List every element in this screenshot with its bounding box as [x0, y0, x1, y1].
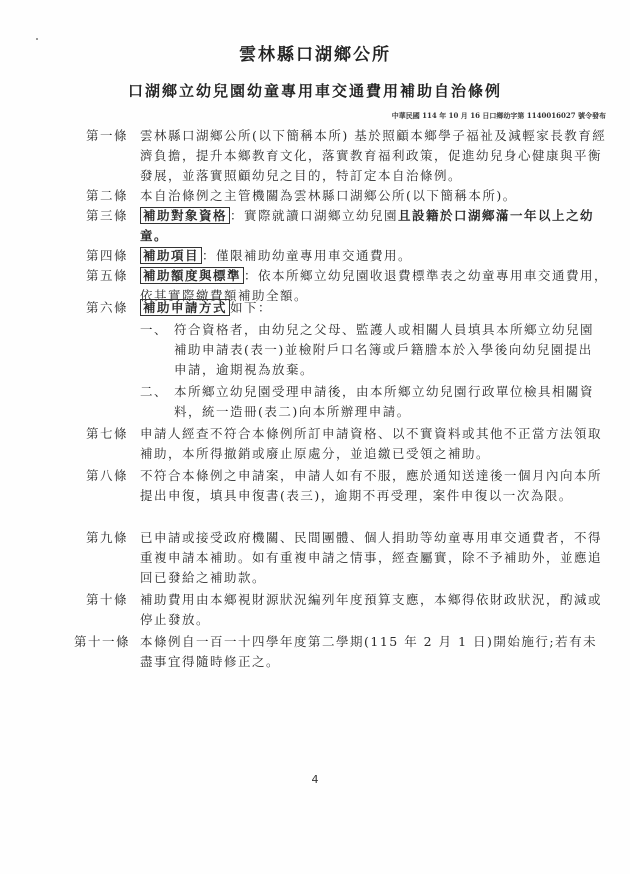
- article-number: 第五條: [86, 266, 138, 286]
- article-text: 本條例自一百一十四學年度第二學期(115 年 2 月 1 日)開始施行;若有未盡…: [140, 632, 610, 672]
- article-6-item-2: 二、 本所鄉立幼兒園受理申請後，由本所鄉立幼兒園行政單位檢具相關資料，統一造冊(…: [140, 382, 610, 422]
- article-text: 本自治條例之主管機關為雲林縣口湖鄉公所(以下簡稱本所)。: [140, 186, 610, 206]
- article-number: 第一條: [86, 126, 138, 146]
- article-number: 第十一條: [74, 632, 126, 652]
- article-6: 第六條 補助申請方式如下：: [86, 298, 626, 318]
- article-number: 第四條: [86, 246, 138, 266]
- item-marker: 二、: [140, 382, 168, 402]
- article-number: 第十條: [86, 590, 138, 610]
- org-title: 雲林縣口湖鄉公所: [0, 40, 630, 65]
- article-11: 第十一條 本條例自一百一十四學年度第二學期(115 年 2 月 1 日)開始施行…: [74, 632, 614, 672]
- article-1: 第一條 雲林縣口湖鄉公所(以下簡稱本所) 基於照顧本鄉學子福祉及減輕家長教育經濟…: [86, 126, 626, 186]
- article-number: 第七條: [86, 424, 138, 444]
- item-marker: 一、: [140, 320, 168, 340]
- document-page: 雲林縣口湖鄉公所 口湖鄉立幼兒園幼童專用車交通費用補助自治條例 中華民國 114…: [0, 0, 630, 874]
- article-text: 雲林縣口湖鄉公所(以下簡稱本所) 基於照顧本鄉學子福祉及減輕家長教育經濟負擔，提…: [140, 126, 610, 186]
- item-text: 符合資格者，由幼兒之父母、監護人或相關人員填具本所鄉立幼兒園補助申請表(表一)並…: [174, 320, 594, 380]
- article-number: 第二條: [86, 186, 138, 206]
- article-2: 第二條 本自治條例之主管機關為雲林縣口湖鄉公所(以下簡稱本所)。: [86, 186, 626, 206]
- decree-line: 中華民國 114 年 10 月 16 日口鄉幼字第 1140016027 號令發…: [392, 111, 606, 121]
- article-number: 第八條: [86, 466, 138, 486]
- article-9: 第九條 已申請或接受政府機關、民間團體、個人捐助等幼童專用車交通費者，不得重複申…: [86, 528, 626, 588]
- article-text: ：實際就讀口湖鄉立幼兒園: [230, 208, 398, 223]
- article-text: 申請人經查不符合本條例所訂申請資格、以不實資料或其他不正當方法領取補助，本所得撤…: [140, 424, 610, 464]
- article-8: 第八條 不符合本條例之申請案，申請人如有不服，應於通知送達後一個月內向本所提出申…: [86, 466, 626, 506]
- article-text: 補助費用由本鄉視財源狀況編列年度預算支應，本鄉得依財政狀況，酌減或停止發放。: [140, 590, 610, 630]
- boxed-heading: 補助項目: [140, 247, 202, 264]
- boxed-heading: 補助對象資格: [140, 207, 230, 224]
- item-text: 本所鄉立幼兒園受理申請後，由本所鄉立幼兒園行政單位檢具相關資料，統一造冊(表二)…: [174, 382, 594, 422]
- article-number: 第三條: [86, 206, 138, 226]
- article-4: 第四條 補助項目：僅限補助幼童專用車交通費用。: [86, 246, 626, 266]
- article-6-item-1: 一、 符合資格者，由幼兒之父母、監護人或相關人員填具本所鄉立幼兒園補助申請表(表…: [140, 320, 610, 380]
- boxed-heading: 補助申請方式: [140, 299, 230, 316]
- article-number: 第九條: [86, 528, 138, 548]
- article-10: 第十條 補助費用由本鄉視財源狀況編列年度預算支應，本鄉得依財政狀況，酌減或停止發…: [86, 590, 626, 630]
- boxed-heading: 補助額度與標準: [140, 267, 244, 284]
- article-7: 第七條 申請人經查不符合本條例所訂申請資格、以不實資料或其他不正當方法領取補助，…: [86, 424, 626, 464]
- page-number: 4: [0, 773, 630, 786]
- article-text: 已申請或接受政府機關、民間團體、個人捐助等幼童專用車交通費者，不得重複申請本補助…: [140, 528, 610, 588]
- doc-title: 口湖鄉立幼兒園幼童專用車交通費用補助自治條例: [0, 80, 630, 101]
- article-3: 第三條 補助對象資格：實際就讀口湖鄉立幼兒園且設籍於口湖鄉滿一年以上之幼童。: [86, 206, 626, 246]
- article-text: 不符合本條例之申請案，申請人如有不服，應於通知送達後一個月內向本所提出申復，填具…: [140, 466, 610, 506]
- article-text: ：僅限補助幼童專用車交通費用。: [202, 248, 412, 263]
- article-text: 如下：: [230, 300, 272, 315]
- article-number: 第六條: [86, 298, 138, 318]
